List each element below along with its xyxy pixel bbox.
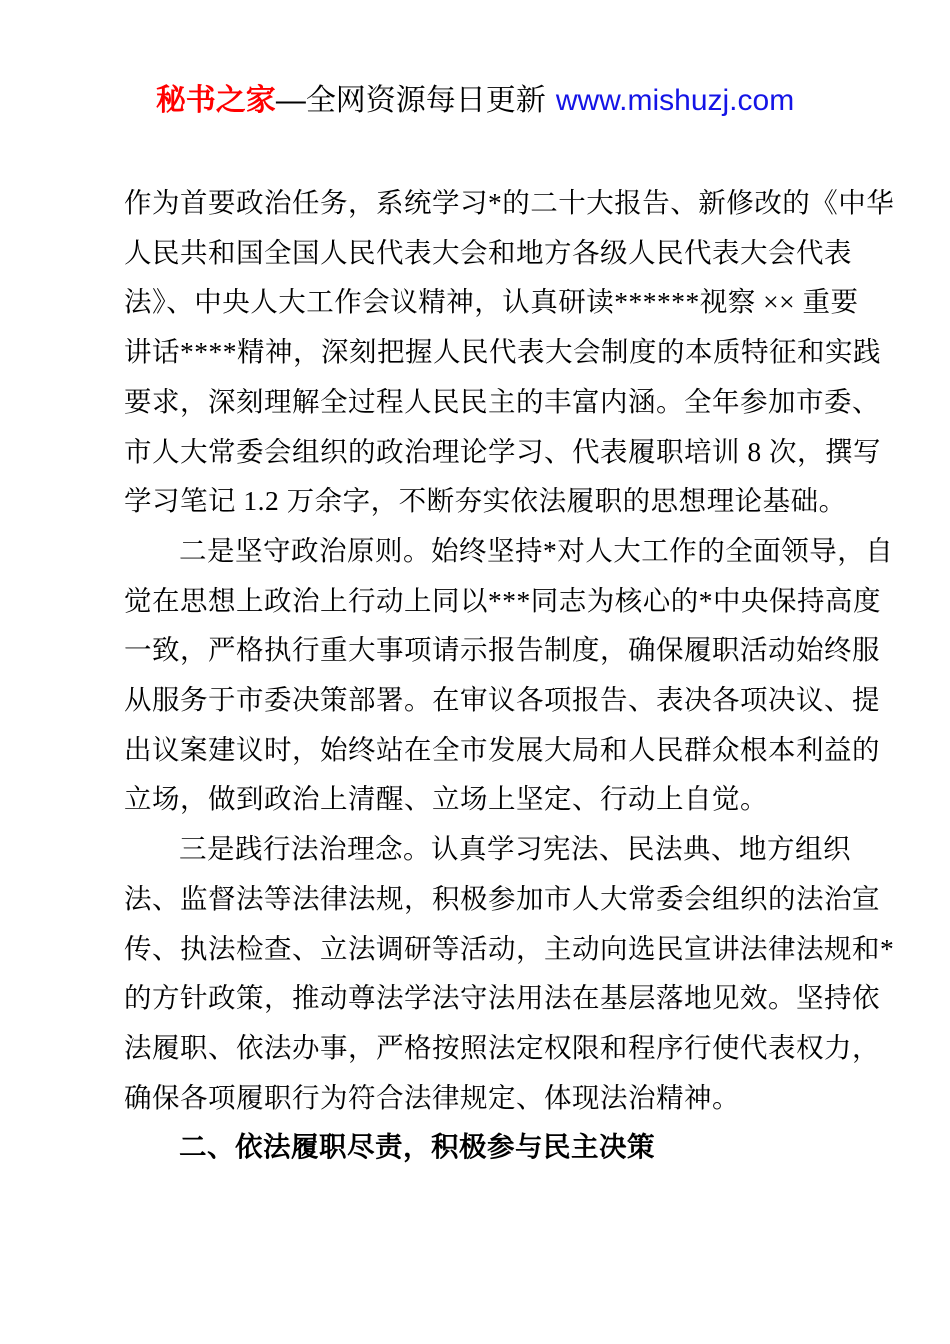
text-line: 作为首要政治任务，系统学习*的二十大报告、新修改的《中华: [124, 178, 936, 228]
document-body: 作为首要政治任务，系统学习*的二十大报告、新修改的《中华人民共和国全国人民代表大…: [124, 178, 936, 1172]
text-line: 三是践行法治理念。认真学习宪法、民法典、地方组织: [124, 824, 936, 874]
paragraph: 二是坚守政治原则。始终坚持*对人大工作的全面领导，自觉在思想上政治上行动上同以*…: [124, 526, 936, 824]
text-line: 出议案建议时，始终站在全市发展大局和人民群众根本利益的: [124, 725, 936, 775]
page: { "header": { "brand": "秘书之家", "tagline"…: [0, 0, 950, 1344]
text-line: 法、监督法等法律法规，积极参加市人大常委会组织的法治宣: [124, 874, 936, 924]
text-line: 立场，做到政治上清醒、立场上坚定、行动上自觉。: [124, 774, 936, 824]
text-line: 法履职、依法办事，严格按照法定权限和程序行使代表权力，: [124, 1023, 936, 1073]
text-line: 要求，深刻理解全过程人民民主的丰富内涵。全年参加市委、: [124, 377, 936, 427]
header-banner: 秘书之家—全网资源每日更新www.mishuzj.com: [0, 82, 950, 120]
paragraph: 三是践行法治理念。认真学习宪法、民法典、地方组织法、监督法等法律法规，积极参加市…: [124, 824, 936, 1122]
text-line: 的方针政策，推动尊法学法守法用法在基层落地见效。坚持依: [124, 973, 936, 1023]
section-heading: 二、依法履职尽责，积极参与民主决策: [124, 1122, 936, 1172]
text-line: 二是坚守政治原则。始终坚持*对人大工作的全面领导，自: [124, 526, 936, 576]
text-line: 从服务于市委决策部署。在审议各项报告、表决各项决议、提: [124, 675, 936, 725]
text-line: 一致，严格执行重大事项请示报告制度，确保履职活动始终服: [124, 625, 936, 675]
text-line: 确保各项履职行为符合法律规定、体现法治精神。: [124, 1073, 936, 1123]
text-line: 讲话****精神，深刻把握人民代表大会制度的本质特征和实践: [124, 327, 936, 377]
site-url-link[interactable]: www.mishuzj.com: [556, 84, 794, 117]
text-line: 人民共和国全国人民代表大会和地方各级人民代表大会代表: [124, 228, 936, 278]
tagline-text: —全网资源每日更新: [276, 84, 546, 117]
text-line: 市人大常委会组织的政治理论学习、代表履职培训 8 次，撰写: [124, 427, 936, 477]
text-line: 学习笔记 1.2 万余字，不断夯实依法履职的思想理论基础。: [124, 476, 936, 526]
paragraph: 作为首要政治任务，系统学习*的二十大报告、新修改的《中华人民共和国全国人民代表大…: [124, 178, 936, 526]
brand-text: 秘书之家: [156, 84, 276, 117]
text-line: 觉在思想上政治上行动上同以***同志为核心的*中央保持高度: [124, 576, 936, 626]
text-line: 法》、中央人大工作会议精神，认真研读******视察 ×× 重要: [124, 277, 936, 327]
text-line: 传、执法检查、立法调研等活动，主动向选民宣讲法律法规和*: [124, 924, 936, 974]
paragraph-container: 作为首要政治任务，系统学习*的二十大报告、新修改的《中华人民共和国全国人民代表大…: [124, 178, 936, 1122]
